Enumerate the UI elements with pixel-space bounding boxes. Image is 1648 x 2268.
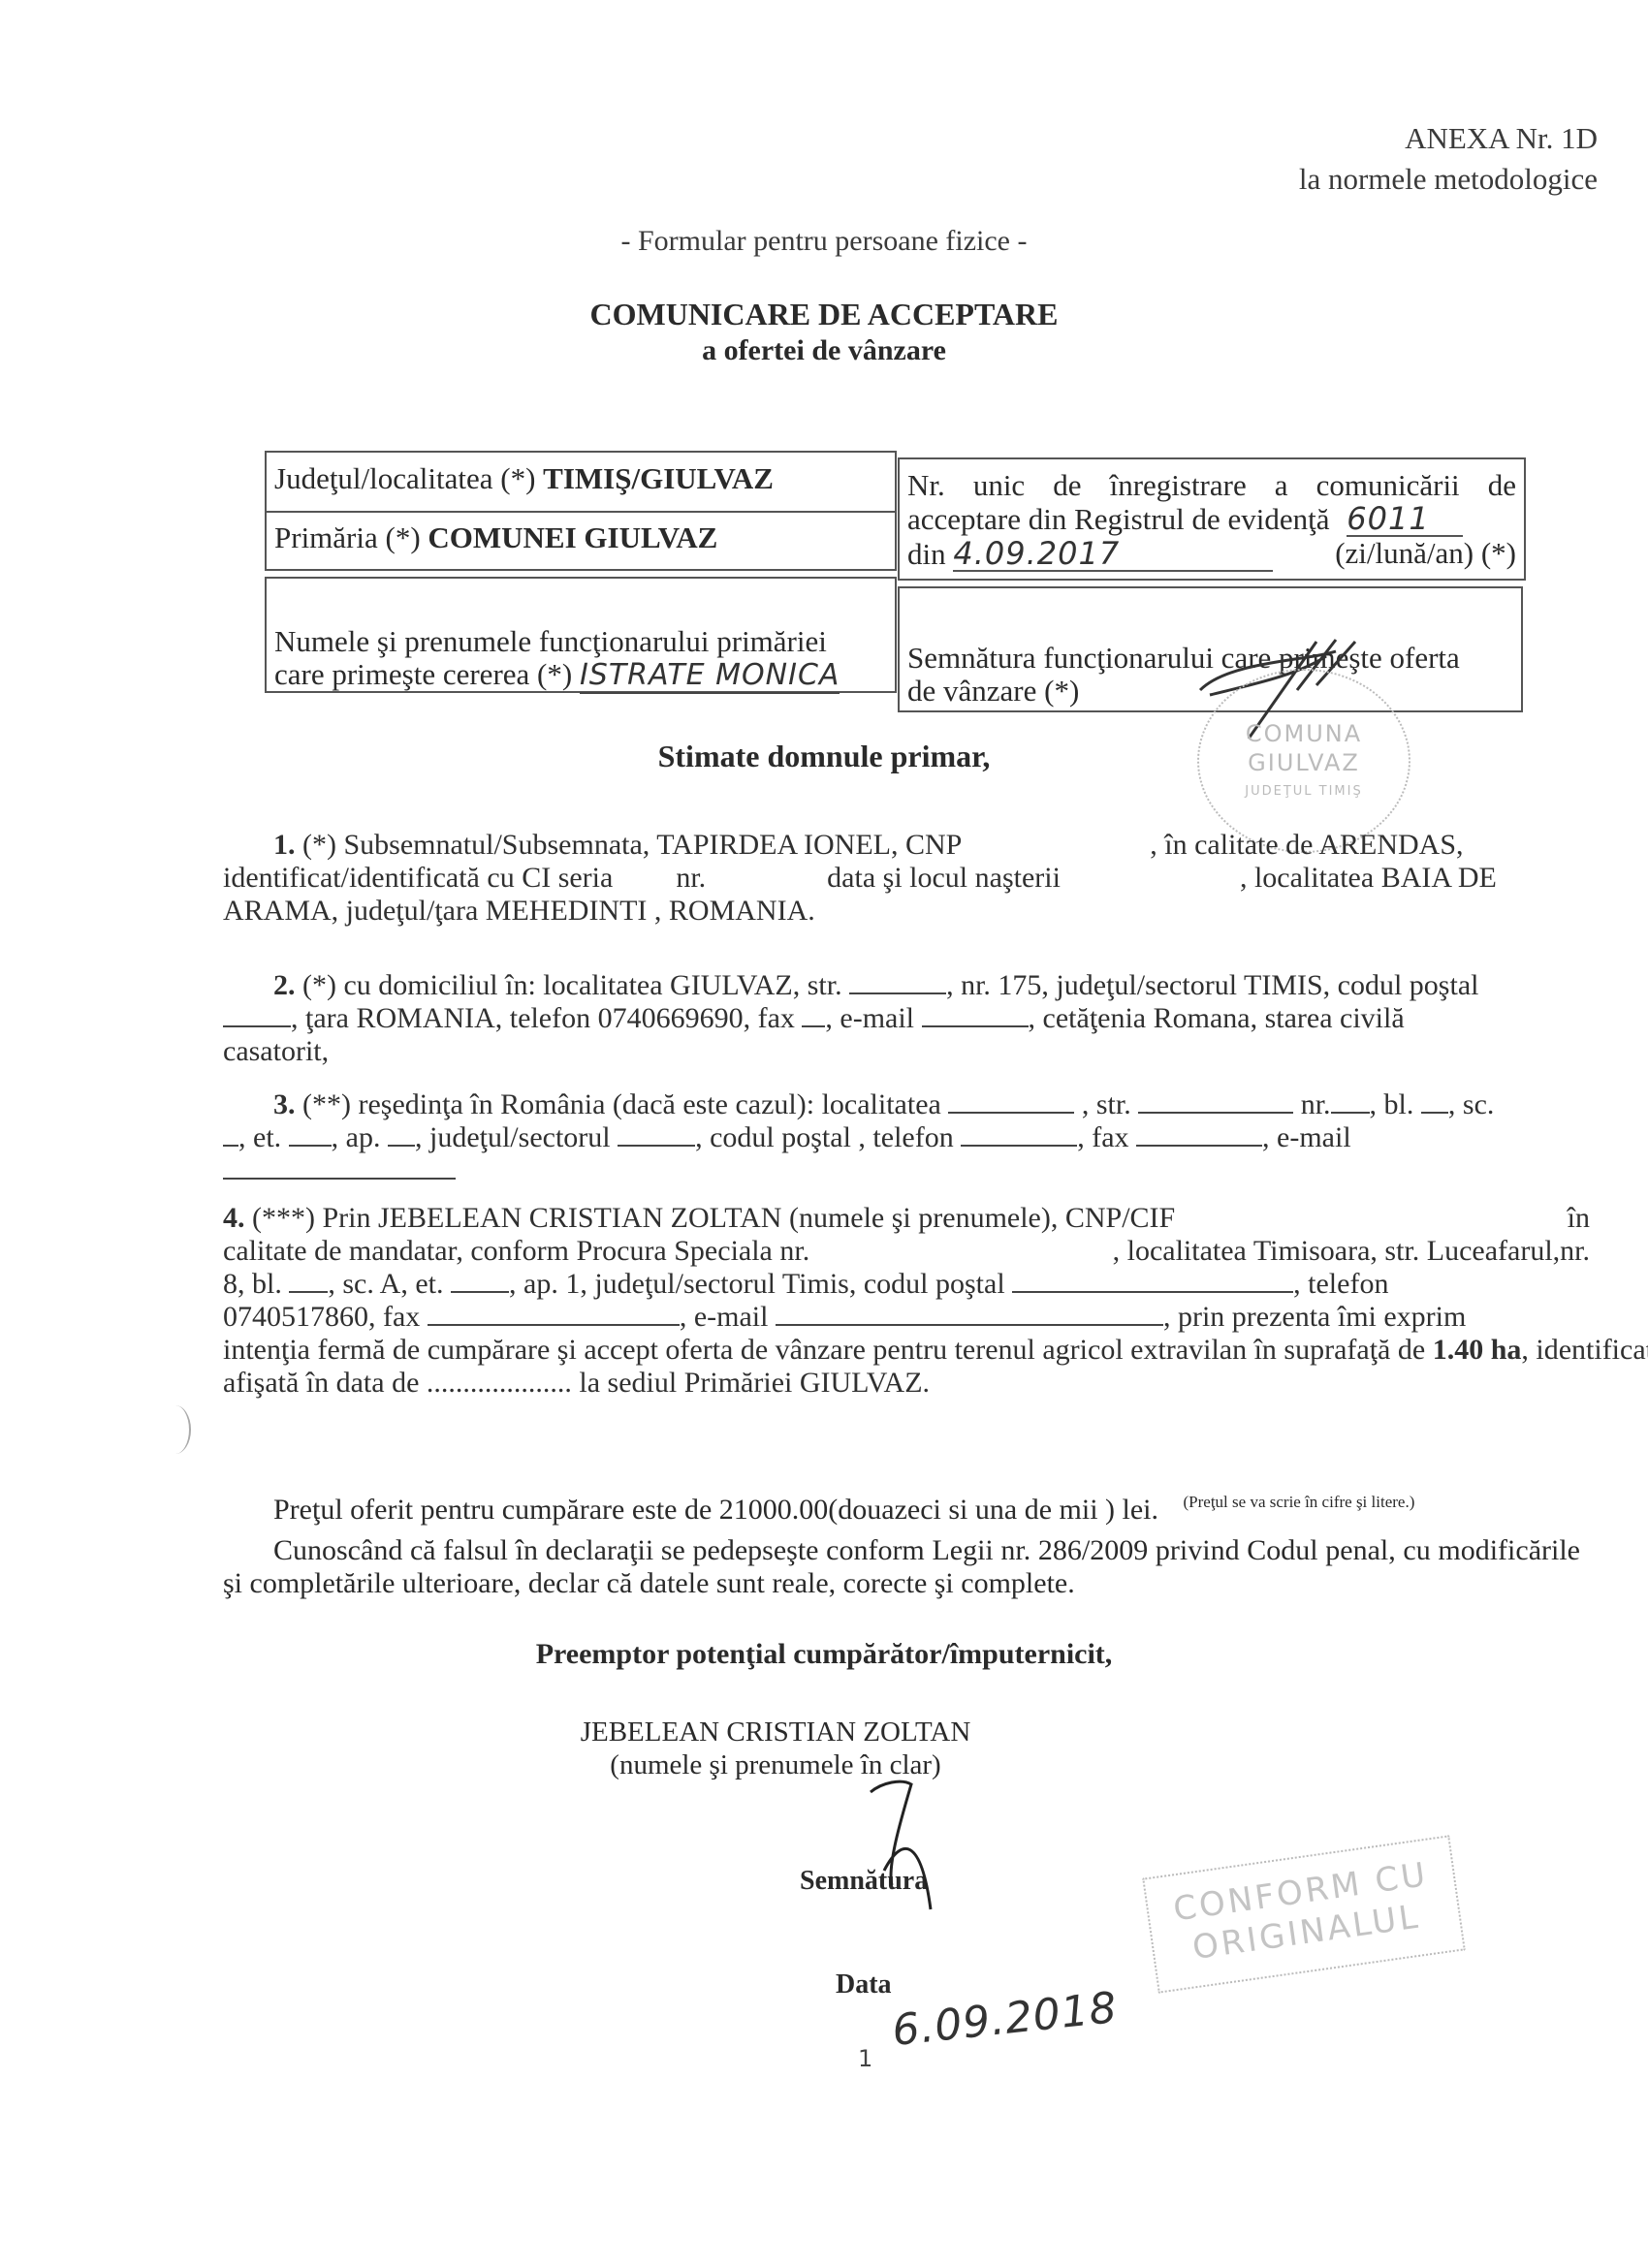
domicile-email-label: , e-mail: [825, 1002, 914, 1034]
domicile-number: , nr. 175, judeţul/sectorul TIMIS, codul…: [946, 969, 1478, 1001]
residence-floor-label: , et.: [238, 1121, 281, 1153]
residence-apt-label: , ap.: [332, 1121, 381, 1153]
document-subtitle: a ofertei de vânzare: [0, 334, 1648, 367]
date-label: Data: [836, 1969, 892, 2000]
purchase-intent: intenţia fermă de cumpărare şi accept of…: [223, 1334, 1425, 1366]
residence-number-label: nr.: [1301, 1088, 1331, 1120]
reg-date-prefix: din: [907, 537, 946, 571]
birth-county: ARAMA, judeţul/ţara MEHEDINTI , ROMANIA.: [223, 895, 1590, 928]
applicant-capacity: , în calitate de ARENDAS,: [1150, 829, 1463, 861]
section-3: 3. (**) reşedinţa în România (dacă este …: [223, 1088, 1590, 1187]
posting-date: afişată în data de .................... …: [223, 1367, 1590, 1400]
handwritten-date: 6.09.2018: [890, 1983, 1120, 2056]
declaration: Cunoscând că falsul în declaraţii se ped…: [223, 1534, 1580, 1600]
id-series-label: identificat/identificată cu CI seria: [223, 862, 613, 894]
section-2: 2. (*) cu domiciliul în: localitatea GIU…: [223, 969, 1590, 1068]
reg-number-handwritten: 6011: [1347, 502, 1463, 537]
residence-fax-label: , fax: [1077, 1121, 1128, 1153]
buyer-signature-icon: [863, 1779, 979, 1914]
signatory-role: Preemptor potenţial cumpărător/împuterni…: [0, 1638, 1648, 1671]
margin-mark: [160, 1405, 191, 1454]
domicile-phone: , ţara ROMANIA, telefon 0740669690, fax: [291, 1002, 795, 1034]
cadastral-number: , identificat cu număr cadastral 376/41,…: [1521, 1334, 1648, 1366]
section-4: 4. (***) Prin JEBELEAN CRISTIAN ZOLTAN (…: [223, 1202, 1590, 1400]
proxy-address: , localitatea Timisoara, str. Luceafarul…: [1113, 1235, 1590, 1268]
residence-stair-label: , sc.: [1448, 1088, 1495, 1120]
section-2-number: 2.: [273, 969, 296, 1001]
applicant-identity: (*) Subsemnatul/Subsemnata, TAPIRDEA ION…: [302, 829, 961, 861]
id-number-label: nr.: [676, 862, 706, 894]
reg-label-line2: acceptare din Registrul de evidenţă: [907, 502, 1330, 536]
residence-block-label: , bl.: [1370, 1088, 1414, 1120]
reg-date-handwritten: 4.09.2017: [953, 537, 1273, 572]
reg-label-line1: Nr. unic de înregistrare a comunicării d…: [907, 469, 1516, 502]
proxy-mandate: calitate de mandatar, conform Procura Sp…: [223, 1235, 809, 1268]
conform-cu-originalul-stamp: CONFORM CU ORIGINALUL: [1142, 1835, 1466, 1993]
official-label-line1: Numele şi prenumele funcţionarului primă…: [274, 625, 887, 658]
official-cell: Numele şi prenumele funcţionarului primă…: [265, 577, 897, 693]
price-note: (Preţul se va scrie în cifre şi litere.): [1184, 1493, 1415, 1511]
official-name-handwritten: ISTRATE MONICA: [580, 658, 840, 694]
official-label-line2: care primeşte cererea (*): [274, 657, 572, 691]
signatory-block: JEBELEAN CRISTIAN ZOLTAN (numele şi pren…: [0, 1716, 1551, 1781]
signatory-name: JEBELEAN CRISTIAN ZOLTAN: [0, 1716, 1551, 1748]
annex-number: ANEXA Nr. 1D: [1299, 118, 1598, 159]
citizenship: , cetăţenia Romana, starea civilă: [1029, 1002, 1405, 1034]
proxy-phone: 0740517860, fax: [223, 1301, 420, 1333]
section-4-number: 4.: [223, 1202, 245, 1234]
page-number: 1: [858, 2045, 872, 2072]
residence-email-label: , e-mail: [1262, 1121, 1351, 1153]
domicile-locality: (*) cu domiciliul în: localitatea GIULVA…: [302, 969, 842, 1001]
proxy-stair: , sc. A, et.: [328, 1268, 443, 1300]
reg-date-format: (zi/lună/an) (*): [1335, 537, 1516, 570]
section-1-number: 1.: [273, 829, 296, 861]
county-label: Judeţul/localitatea (*): [274, 461, 535, 495]
townhall-label: Primăria (*): [274, 520, 421, 554]
signature-cell: Semnătura funcţionarului care primeşte o…: [898, 586, 1523, 712]
county-value: TIMIŞ/GIULVAZ: [543, 461, 774, 495]
greeting: Stimate domnule primar,: [0, 739, 1648, 774]
birth-locality: , localitatea BAIA DE: [1240, 862, 1497, 894]
price-line: Preţul oferit pentru cumpărare este de 2…: [273, 1493, 1414, 1527]
proxy-in: în: [1568, 1202, 1590, 1235]
residence-phone-label: , codul poştal , telefon: [695, 1121, 954, 1153]
marital-status: casatorit,: [223, 1035, 1590, 1068]
price-offered: Preţul oferit pentru cumpărare este de 2…: [273, 1494, 1158, 1526]
section-1: 1. (*) Subsemnatul/Subsemnata, TAPIRDEA …: [223, 829, 1590, 928]
section-3-number: 3.: [273, 1088, 296, 1120]
registration-cell: Nr. unic de înregistrare a comunicării d…: [898, 457, 1526, 581]
birth-label: data şi locul naşterii: [827, 862, 1061, 894]
proxy-email-label: , e-mail: [680, 1301, 769, 1333]
form-type: - Formular pentru persoane fizice -: [0, 225, 1648, 258]
residence-locality-label: (**) reşedinţa în România (dacă este caz…: [302, 1088, 941, 1120]
proxy-number: 8, bl.: [223, 1268, 282, 1300]
county-cell: Judeţul/localitatea (*) TIMIŞ/GIULVAZ: [265, 451, 897, 511]
proxy-phone-label: , telefon: [1293, 1268, 1388, 1300]
document-title: COMUNICARE DE ACCEPTARE: [0, 297, 1648, 332]
stamp-edge: JUDEŢUL TIMIŞ: [1199, 777, 1409, 806]
townhall-value: COMUNEI GIULVAZ: [428, 520, 717, 554]
annex-header: ANEXA Nr. 1D la normele metodologice: [1299, 118, 1598, 200]
signatory-name-note: (numele şi prenumele în clar): [0, 1748, 1551, 1781]
residence-street-label: , str.: [1082, 1088, 1131, 1120]
annex-subtitle: la normele metodologice: [1299, 159, 1598, 200]
townhall-cell: Primăria (*) COMUNEI GIULVAZ: [265, 511, 897, 571]
proxy-identity: (***) Prin JEBELEAN CRISTIAN ZOLTAN (num…: [252, 1202, 1175, 1234]
proxy-county: , ap. 1, judeţul/sectorul Timis, codul p…: [509, 1268, 1005, 1300]
land-area: 1.40 ha: [1433, 1334, 1522, 1366]
proxy-intent: , prin prezenta îmi exprim: [1163, 1301, 1466, 1333]
residence-county-label: , judeţul/sectorul: [415, 1121, 611, 1153]
